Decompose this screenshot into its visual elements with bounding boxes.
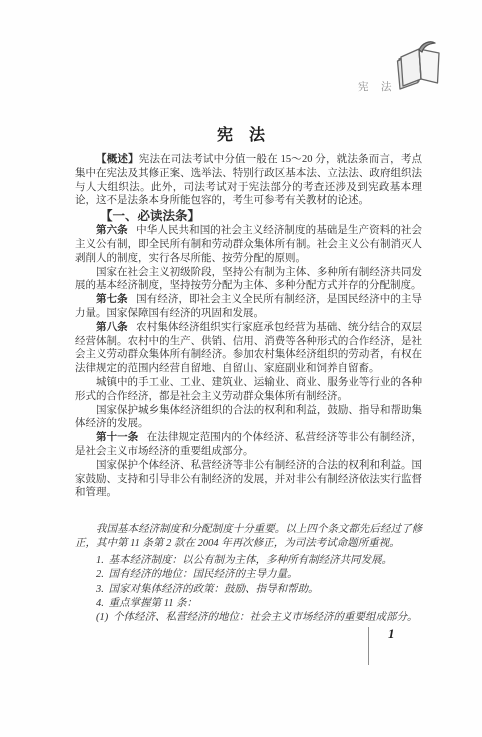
article-lead: 第七条 (96, 294, 128, 305)
article-paragraph: 第七条国有经济，即社会主义全民所有制经济，是国民经济中的主导力量。国家保障国有经… (75, 293, 422, 321)
open-book-icon (392, 40, 446, 90)
article-text: 城镇中的手工业、工业、建筑业、运输业、商业、服务业等行业的各种形式的合作经济，都… (75, 377, 422, 402)
item-text: 个体经济、私营经济的地位：社会主义市场经济的重要组成部分。 (113, 612, 418, 623)
page-number: 1 (388, 626, 395, 642)
item-number: 4. (96, 598, 104, 609)
running-head: 宪 法 (358, 79, 393, 94)
list-item: 2.国有经济的地位：国民经济的主导力量。 (75, 568, 422, 582)
commentary-list: 1.基本经济制度：以公有制为主体，多种所有制经济共同发展。 2.国有经济的地位：… (75, 554, 422, 625)
commentary-section: 我国基本经济制度和分配制度十分重要。以上四个条文都先后经过了修正，其中第 11 … (75, 523, 422, 625)
commentary-intro: 我国基本经济制度和分配制度十分重要。以上四个条文都先后经过了修正，其中第 11 … (75, 523, 422, 551)
item-number: (1) (96, 612, 108, 623)
item-number: 3. (96, 584, 104, 595)
overview-paragraph: 【概述】宪法在司法考试中分值一般在 15～20 分，就法条而言，考点集中在宪法及… (75, 153, 422, 208)
article-paragraph: 第八条农村集体经济组织实行家庭承包经营为基础、统分结合的双层经营体制。农村中的生… (75, 321, 422, 376)
item-text: 重点掌握第 11 条： (109, 598, 197, 609)
section-heading: 【一、必读法条】 (75, 208, 422, 224)
item-number: 1. (96, 555, 104, 566)
article-paragraph: 城镇中的手工业、工业、建筑业、运输业、商业、服务业等行业的各种形式的合作经济，都… (75, 376, 422, 404)
article-text: 国家保护个体经济、私营经济等非公有制经济的合法的权利和利益。国家鼓励、支持和引导… (75, 460, 422, 499)
item-number: 2. (96, 569, 104, 580)
item-text: 国有经济的地位：国民经济的主导力量。 (109, 569, 298, 580)
list-item: 4.重点掌握第 11 条： (75, 597, 422, 611)
article-lead: 第十一条 (96, 432, 138, 443)
list-item: 3.国家对集体经济的政策：鼓励、指导和帮助。 (75, 583, 422, 597)
article-text: 国家在社会主义初级阶段，坚持公有制为主体、多种所有制经济共同发展的基本经济制度，… (75, 267, 422, 292)
article-paragraph: 国家在社会主义初级阶段，坚持公有制为主体、多种所有制经济共同发展的基本经济制度，… (75, 266, 422, 294)
list-item: 1.基本经济制度：以公有制为主体，多种所有制经济共同发展。 (75, 554, 422, 568)
page-title: 宪 法 (0, 122, 482, 145)
article-paragraph: 国家保护城乡集体经济组织的合法的权利和利益，鼓励、指导和帮助集体经济的发展。 (75, 404, 422, 432)
article-paragraph: 国家保护个体经济、私营经济等非公有制经济的合法的权利和利益。国家鼓励、支持和引导… (75, 459, 422, 500)
article-paragraph: 第六条中华人民共和国的社会主义经济制度的基础是生产资料的社会主义公有制，即全民所… (75, 224, 422, 265)
list-item: (1)个体经济、私营经济的地位：社会主义市场经济的重要组成部分。 (75, 611, 422, 625)
overview-label: 【概述】 (96, 154, 139, 165)
article-lead: 第八条 (96, 322, 128, 333)
footer-divider (368, 627, 369, 665)
article-lead: 第六条 (96, 225, 128, 236)
item-text: 基本经济制度：以公有制为主体，多种所有制经济共同发展。 (109, 555, 393, 566)
article-paragraph: 第十一条在法律规定范围内的个体经济、私营经济等非公有制经济，是社会主义市场经济的… (75, 431, 422, 459)
item-text: 国家对集体经济的政策：鼓励、指导和帮助。 (109, 584, 319, 595)
article-text: 国家保护城乡集体经济组织的合法的权利和利益，鼓励、指导和帮助集体经济的发展。 (75, 405, 422, 430)
page-content: 【概述】宪法在司法考试中分值一般在 15～20 分，就法条而言，考点集中在宪法及… (75, 153, 422, 625)
book-page: 宪 法 宪 法 【概述】宪法在司法考试中分值一般在 15～20 分，就法条而言，… (0, 0, 482, 737)
